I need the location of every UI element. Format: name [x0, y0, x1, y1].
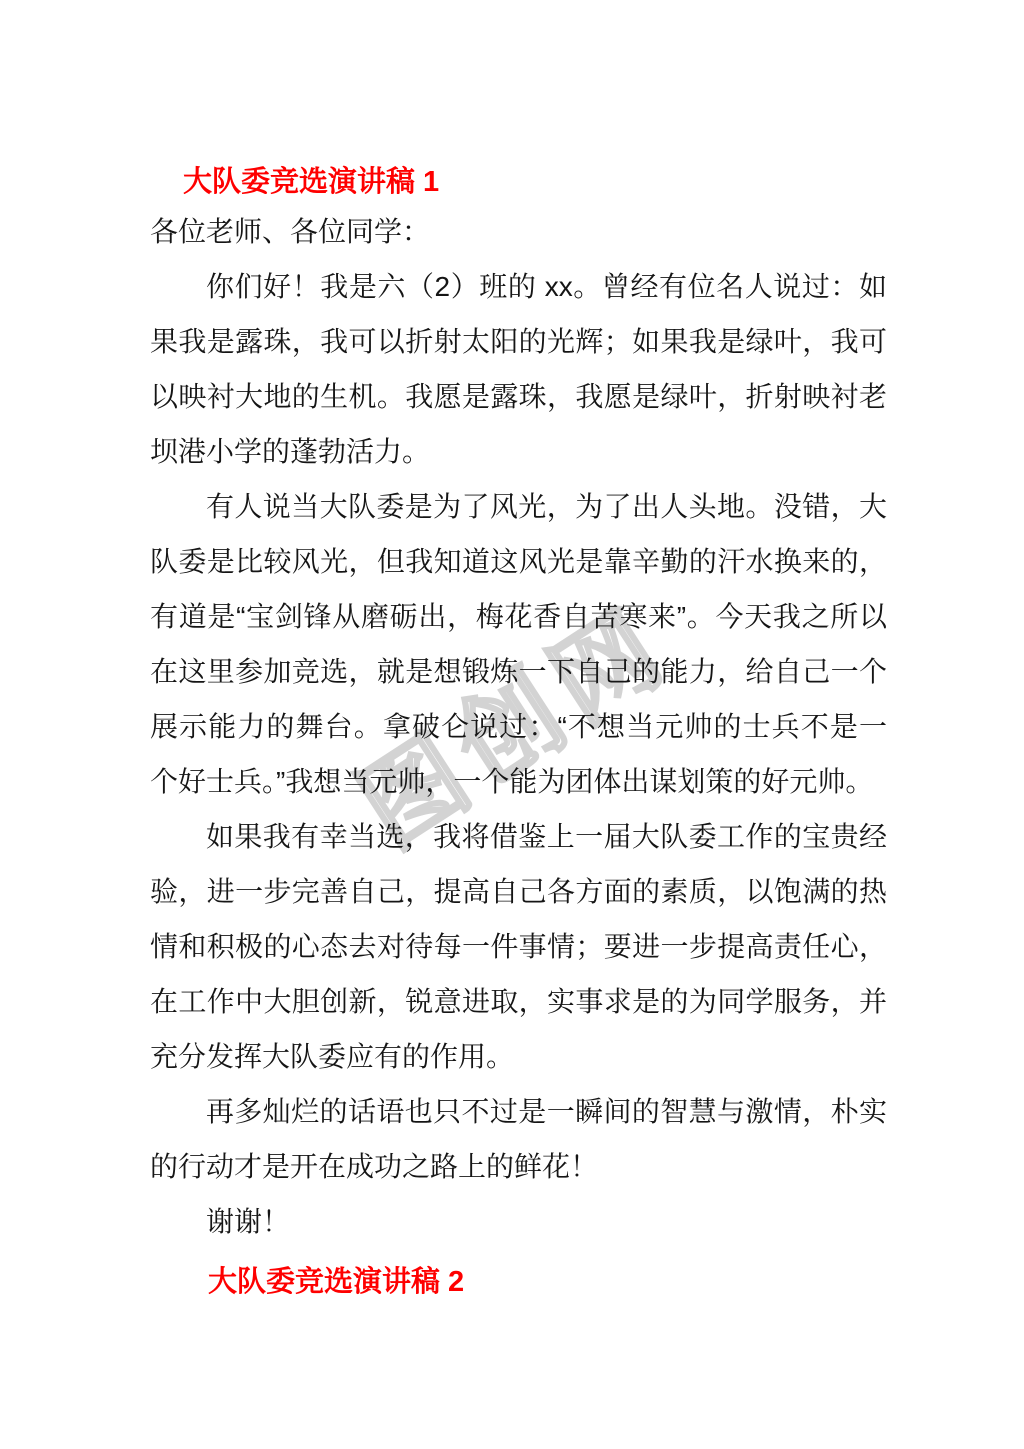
text-line-thanks: 谢谢！	[150, 1194, 887, 1249]
text-line: 有道是“宝剑锋从磨砺出，梅花香自苦寒来”。今天我之所以	[150, 589, 887, 644]
document-body: 大队委竞选演讲稿 1 各位老师、各位同学： 你们好！我是六（2）班的 xx。曾经…	[150, 160, 887, 1310]
section-title-1: 大队委竞选演讲稿 1	[150, 160, 887, 204]
document-page: 图创网 大队委竞选演讲稿 1 各位老师、各位同学： 你们好！我是六（2）班的 x…	[0, 0, 1024, 1449]
text-line: 你们好！我是六（2）班的 xx。曾经有位名人说过：如	[150, 259, 887, 314]
section-title-2: 大队委竞选演讲稿 2	[150, 1255, 887, 1310]
text-line: 如果我有幸当选，我将借鉴上一届大队委工作的宝贵经	[150, 809, 887, 864]
text-line: 有人说当大队委是为了风光，为了出人头地。没错，大	[150, 479, 887, 534]
text-line: 果我是露珠，我可以折射太阳的光辉；如果我是绿叶，我可	[150, 314, 887, 369]
text-line-greeting: 各位老师、各位同学：	[150, 204, 887, 259]
text-line: 队委是比较风光，但我知道这风光是靠辛勤的汗水换来的，	[150, 534, 887, 589]
text-line: 再多灿烂的话语也只不过是一瞬间的智慧与激情，朴实	[150, 1084, 887, 1139]
text-line: 展示能力的舞台。拿破仑说过：“不想当元帅的士兵不是一	[150, 699, 887, 754]
text-line: 坝港小学的蓬勃活力。	[150, 424, 887, 479]
text-line: 以映衬大地的生机。我愿是露珠，我愿是绿叶，折射映衬老	[150, 369, 887, 424]
text-line: 充分发挥大队委应有的作用。	[150, 1029, 887, 1084]
text-line: 的行动才是开在成功之路上的鲜花！	[150, 1139, 887, 1194]
text-line: 在工作中大胆创新，锐意进取，实事求是的为同学服务，并	[150, 974, 887, 1029]
text-line: 验，进一步完善自己，提高自己各方面的素质，以饱满的热	[150, 864, 887, 919]
text-line: 个好士兵。”我想当元帅，一个能为团体出谋划策的好元帅。	[150, 754, 887, 809]
text-line: 情和积极的心态去对待每一件事情；要进一步提高责任心，	[150, 919, 887, 974]
text-line: 在这里参加竞选，就是想锻炼一下自己的能力，给自己一个	[150, 644, 887, 699]
